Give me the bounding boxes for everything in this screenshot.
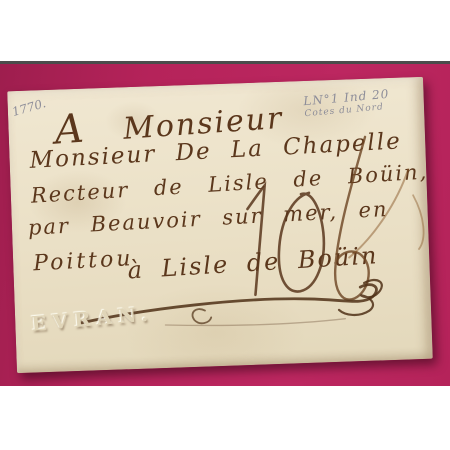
paraph-faint-tail bbox=[165, 319, 345, 328]
bottom-margin bbox=[0, 386, 450, 450]
letter-cover: 1770. LN°1 Ind 20 Cotes du Nord A Monsie… bbox=[7, 77, 433, 373]
paraph-small-c bbox=[192, 309, 211, 324]
flourish-light-curve bbox=[346, 169, 411, 257]
photo-frame: 1770. LN°1 Ind 20 Cotes du Nord A Monsie… bbox=[0, 0, 450, 450]
ink-flourish-right bbox=[330, 135, 425, 300]
top-margin bbox=[0, 0, 450, 61]
flourish-light-curve-2 bbox=[413, 195, 424, 249]
flourish-loop bbox=[330, 137, 370, 300]
rate-digit-1-stroke bbox=[247, 185, 269, 295]
crimson-mat: 1770. LN°1 Ind 20 Cotes du Nord A Monsie… bbox=[0, 64, 450, 386]
rate-marking bbox=[247, 183, 326, 295]
rate-digit-0-stroke bbox=[277, 192, 326, 292]
